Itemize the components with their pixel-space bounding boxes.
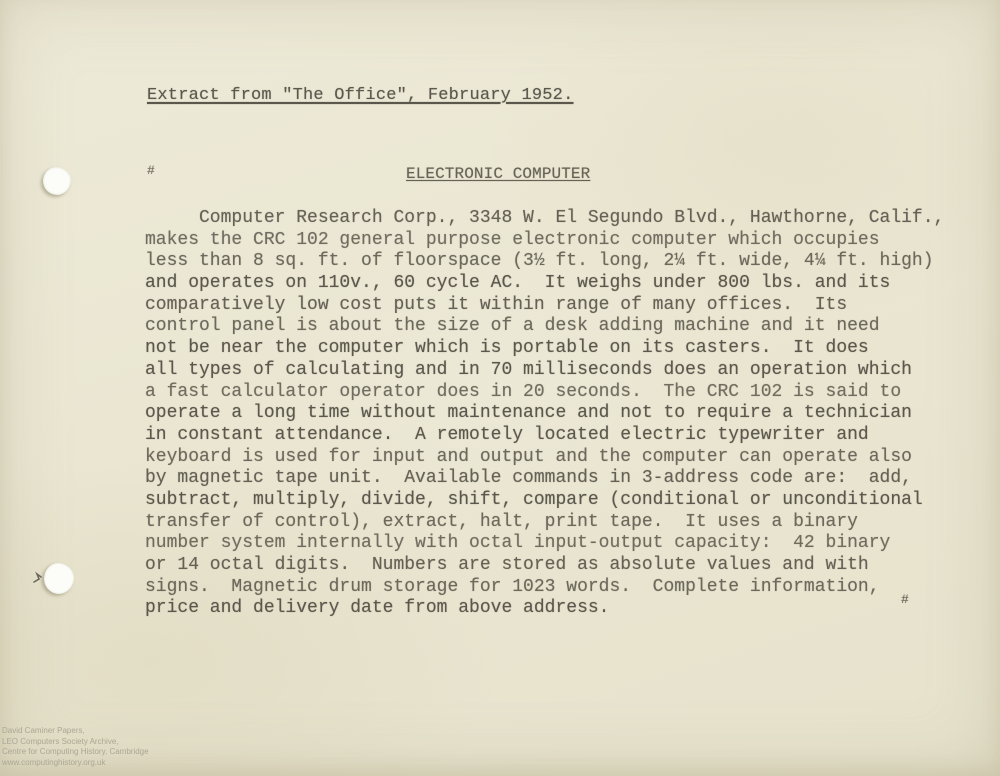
punch-hole-bottom [42, 561, 76, 596]
body-line: price and delivery date from above addre… [145, 598, 975, 620]
body-paragraph: Computer Research Corp., 3348 W. El Segu… [145, 208, 975, 620]
body-line: operate a long time without maintenance … [145, 403, 975, 425]
section-end-mark: # [901, 592, 909, 607]
body-line: subtract, multiply, divide, shift, compa… [145, 490, 975, 512]
body-line: less than 8 sq. ft. of floorspace (3½ ft… [145, 251, 975, 273]
pen-mark [32, 570, 46, 586]
body-line: comparatively low cost puts it within ra… [145, 295, 975, 317]
watermark-line: www.computinghistory.org.uk [2, 758, 149, 769]
body-line: makes the CRC 102 general purpose electr… [145, 230, 975, 252]
body-line: signs. Magnetic drum storage for 1023 wo… [145, 577, 975, 599]
body-line: control panel is about the size of a des… [145, 316, 975, 338]
document-heading: ELECTRONIC COMPUTER [406, 165, 590, 183]
body-line: Computer Research Corp., 3348 W. El Segu… [145, 208, 975, 230]
body-line: all types of calculating and in 70 milli… [145, 360, 975, 382]
watermark-line: David Caminer Papers, [2, 726, 149, 737]
body-line: in constant attendance. A remotely locat… [145, 425, 975, 447]
body-line: not be near the computer which is portab… [145, 338, 975, 360]
watermark-line: Centre for Computing History, Cambridge [2, 747, 149, 758]
section-start-mark: # [147, 163, 155, 178]
punch-hole-top [43, 167, 71, 195]
body-line: by magnetic tape unit. Available command… [145, 468, 975, 490]
body-line: and operates on 110v., 60 cycle AC. It w… [145, 273, 975, 295]
body-line: or 14 octal digits. Numbers are stored a… [145, 555, 975, 577]
body-line: transfer of control), extract, halt, pri… [145, 512, 975, 534]
body-line: keyboard is used for input and output an… [145, 447, 975, 469]
scanned-document-page: Extract from "The Office", February 1952… [0, 0, 1000, 776]
body-line: number system internally with octal inpu… [145, 533, 975, 555]
watermark-line: LEO Computers Society Archive, [2, 737, 149, 748]
archive-watermark: David Caminer Papers,LEO Computers Socie… [2, 726, 149, 768]
document-title: Extract from "The Office", February 1952… [147, 86, 573, 105]
body-line: a fast calculator operator does in 20 se… [145, 382, 975, 404]
